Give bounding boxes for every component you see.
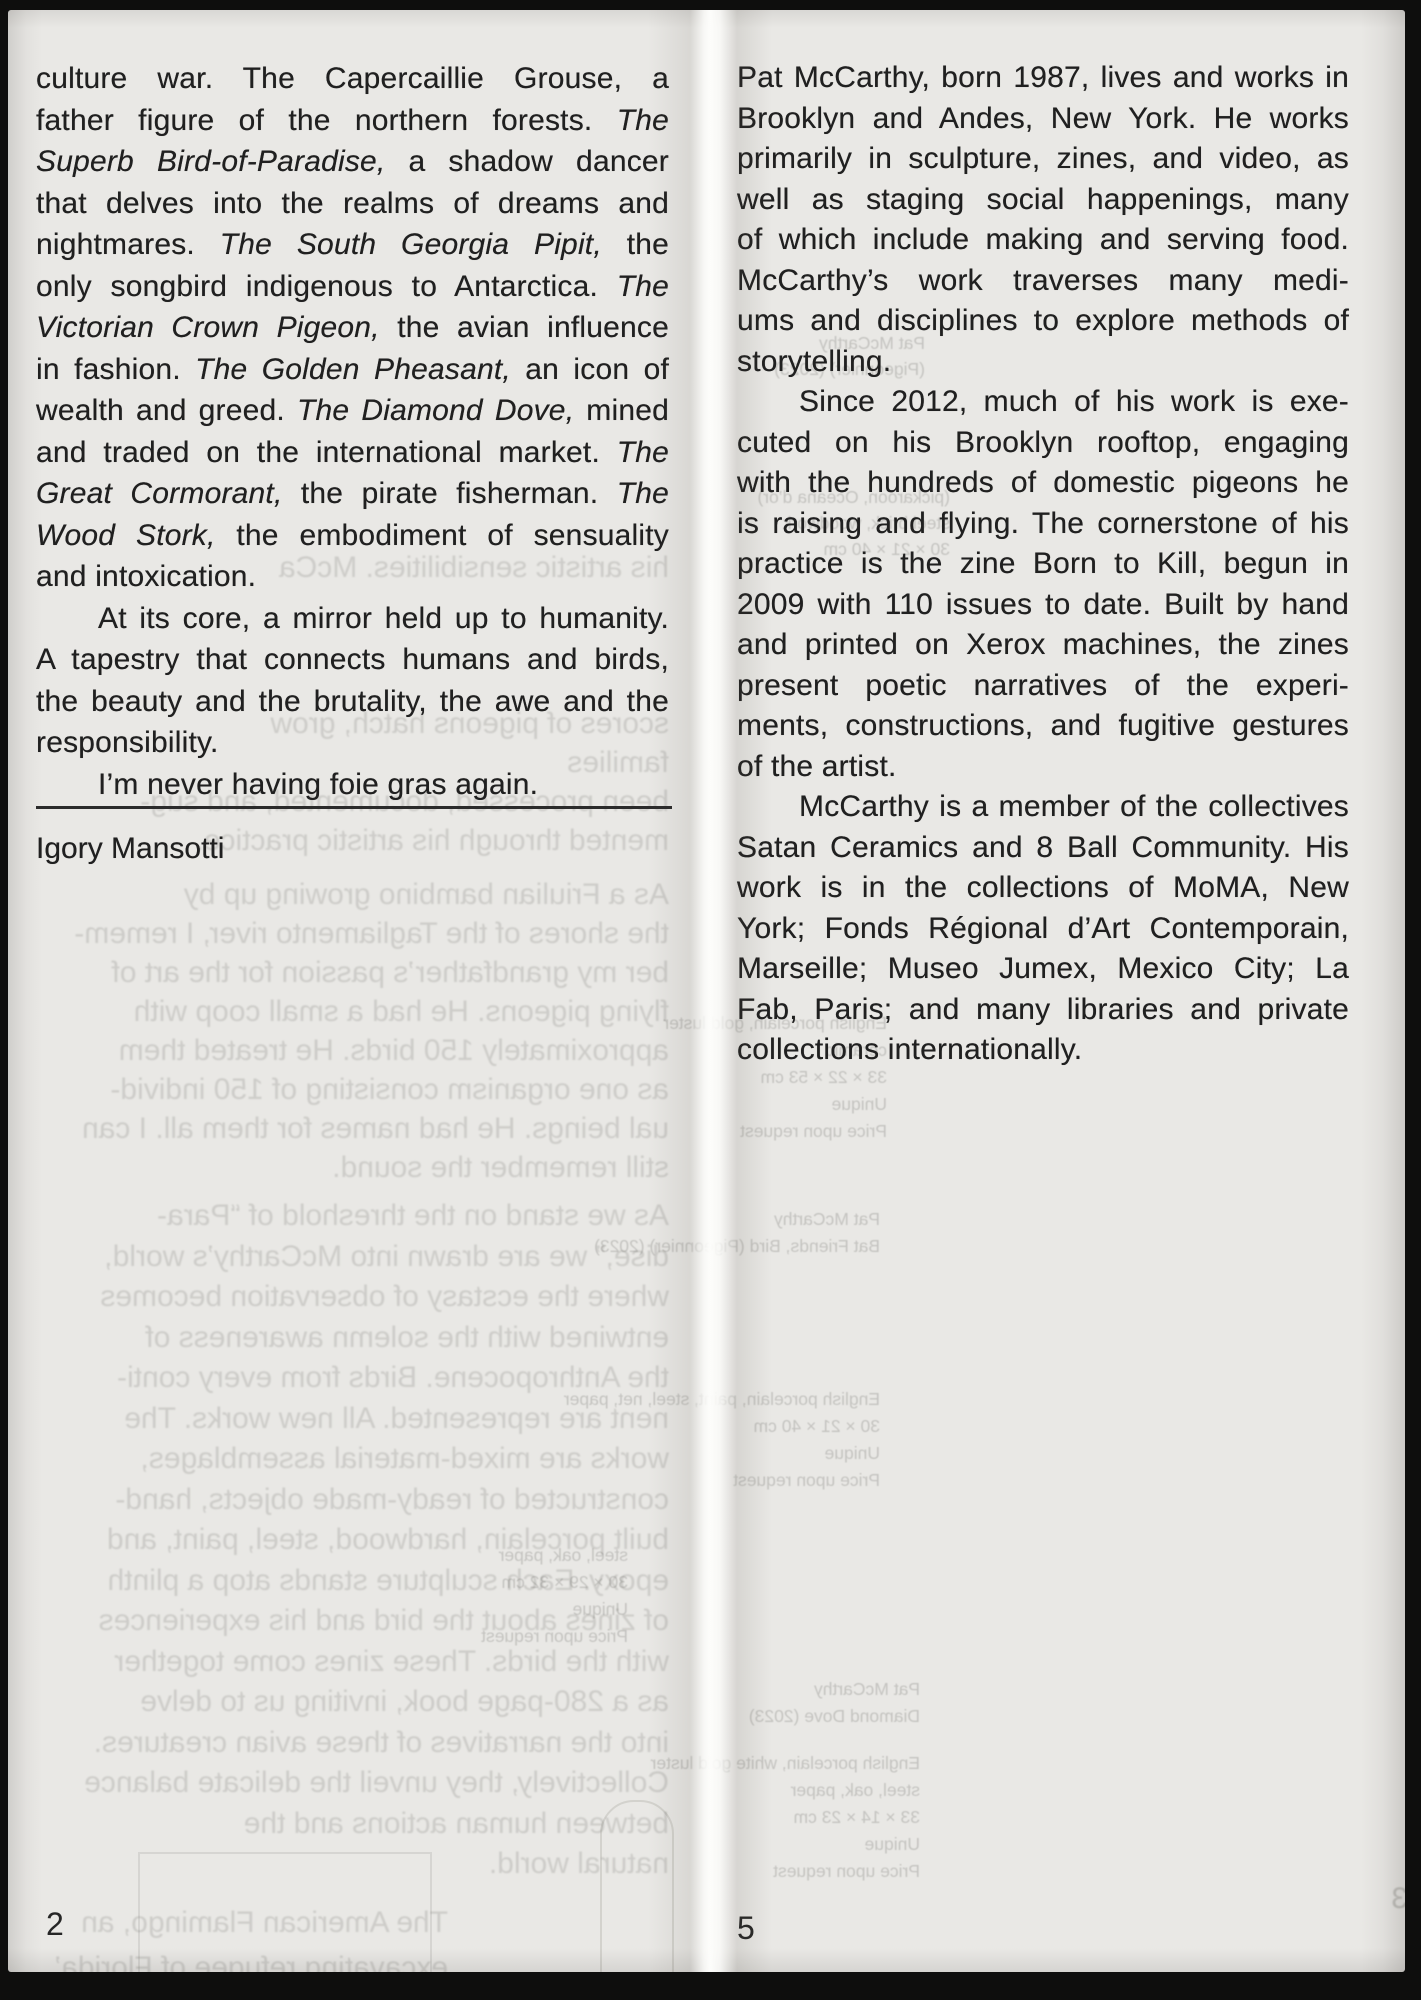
text-line: only songbird indigenous to Antarctica. … xyxy=(36,266,669,308)
text-line: Fab, Paris; and many libraries and priva… xyxy=(737,990,1349,1031)
bleedthrough-line: Price upon request xyxy=(910,1858,920,1885)
booklet-spread: his artistic sensibilities. McCa scores … xyxy=(8,10,1405,1972)
bleedthrough-caption-block: English porcelain, paint, steel, net, pa… xyxy=(870,1386,880,1494)
text-line: nightmares. The South Georgia Pipit, the xyxy=(36,224,669,266)
bleedthrough-line: with the birds. These zines come togethe… xyxy=(36,1642,669,1683)
text-line: McCarthy is a member of the collectives xyxy=(737,787,1349,828)
bleedthrough-line: Diamond Dove (2023) xyxy=(910,1703,920,1730)
text-line: cuted on his Brooklyn rooftop, engaging xyxy=(737,423,1349,464)
bleedthrough-caption-block: English porcelain, white gold lusterstee… xyxy=(910,1750,920,1885)
text-line: storytelling. xyxy=(737,342,1349,383)
text-line: culture war. The Capercaillie Grouse, a xyxy=(36,58,669,100)
bleedthrough-line: flying pigeons. He had a small coop with xyxy=(36,992,669,1031)
bleedthrough-line: steel, oak, paper xyxy=(618,1542,628,1569)
bleedthrough-line: Pat McCarthy xyxy=(870,1206,880,1233)
text-line: with the hundreds of domestic pigeons he xyxy=(737,463,1349,504)
text-line: ments, constructions, and fugitive gestu… xyxy=(737,706,1349,747)
bleedthrough-line: Price upon request xyxy=(870,1467,880,1494)
text-line: in fashion. The Golden Pheasant, an icon… xyxy=(36,349,669,391)
text-line: wealth and greed. The Diamond Dove, mine… xyxy=(36,390,669,432)
text-line: At its core, a mirror held up to humanit… xyxy=(36,598,669,640)
text-line: Marseille; Museo Jumex, Mexico City; La xyxy=(737,949,1349,990)
bleedthrough-line: approximately 150 birds. He treated them xyxy=(36,1031,669,1070)
text-line: Pat McCarthy, born 1987, lives and works… xyxy=(737,58,1349,99)
bleedthrough-line: as a 280-page book, inviting us to delve xyxy=(36,1682,669,1723)
byline-author-name: Igory Mansotti xyxy=(36,828,224,869)
byline-divider-rule xyxy=(36,806,672,809)
bleedthrough-line: where the ecstasy of observation becomes xyxy=(36,1277,669,1318)
text-line: McCarthy’s work traverses many medi- xyxy=(737,261,1349,302)
bleedthrough-line: 33 × 14 × 23 cm xyxy=(910,1804,920,1831)
bleedthrough-line: the shores of the Tagliamento river, I r… xyxy=(36,914,669,953)
bleedthrough-line: into the narratives of these avian creat… xyxy=(36,1723,669,1764)
text-line: Brooklyn and Andes, New York. He works xyxy=(737,99,1349,140)
text-line: practice is the zine Born to Kill, begun… xyxy=(737,544,1349,585)
bleedthrough-line: constructed of ready-made objects, hand- xyxy=(36,1480,669,1521)
text-line: that delves into the realms of dreams an… xyxy=(36,183,669,225)
text-line: Great Cormorant, the pirate fisherman. T… xyxy=(36,473,669,515)
bleedthrough-line: Unique xyxy=(910,1831,920,1858)
bleedthrough-line: English porcelain, paint, steel, net, pa… xyxy=(870,1386,880,1413)
text-line: A tapestry that connects humans and bird… xyxy=(36,639,669,681)
bleedthrough-line: as one organism consisting of 150 indivi… xyxy=(36,1070,669,1109)
paragraph-collections: McCarthy is a member of the collectivesS… xyxy=(737,787,1349,1071)
bleedthrough-caption-block: Pat McCarthyBat Friends, Bird (Pigeonnie… xyxy=(870,1206,880,1260)
text-line: Satan Ceramics and 8 Ball Community. His xyxy=(737,828,1349,869)
bleedthrough-line: English porcelain, white gold luster xyxy=(910,1750,920,1777)
text-line: and printed on Xerox machines, the zines xyxy=(737,625,1349,666)
bleedthrough-line: As we stand on the threshold of “Para- xyxy=(36,1196,669,1237)
bleedthrough-text-block: As a Friulian bambino growing up bythe s… xyxy=(36,875,669,1187)
bleedthrough-line: ual beings. He had names for them all. I… xyxy=(36,1109,669,1148)
text-line: Wood Stork, the embodiment of sensuality xyxy=(36,515,669,557)
text-line: York; Fonds Régional d’Art Contemporain, xyxy=(737,909,1349,950)
text-line: Since 2012, much of his work is exe- xyxy=(737,382,1349,423)
text-line: Superb Bird-of-Paradise, a shadow dancer xyxy=(36,141,669,183)
bleedthrough-line: As a Friulian bambino growing up by xyxy=(36,875,669,914)
bleedthrough-line: Price upon request xyxy=(618,1623,628,1650)
bleedthrough-line: Unique xyxy=(870,1440,880,1467)
bleedthrough-line: between human actions and the xyxy=(36,1804,669,1845)
bleedthrough-line: dise,” we are drawn into McCarthy’s worl… xyxy=(36,1237,669,1278)
text-line: of the artist. xyxy=(737,747,1349,788)
bleedthrough-line: ber my grandfather’s passion for the art… xyxy=(36,953,669,992)
bleedthrough-arch-shape xyxy=(600,1800,674,1972)
right-page-text-column: Pat McCarthy, born 1987, lives and works… xyxy=(737,58,1349,1071)
text-line: and intoxication. xyxy=(36,556,669,598)
text-line: ums and disciplines to explore methods o… xyxy=(737,301,1349,342)
bleedthrough-line: steel, oak, paper xyxy=(910,1777,920,1804)
text-line: work is in the collections of MoMA, New xyxy=(737,868,1349,909)
bleedthrough-line: Price upon request xyxy=(877,1118,887,1145)
bleedthrough-caption-block: steel, oak, paper30 × 29 × 32 cmUniquePr… xyxy=(618,1542,628,1650)
text-line: I’m never having foie gras again. xyxy=(36,764,669,806)
bleedthrough-line: still remember the sound. xyxy=(36,1148,669,1187)
text-line: responsibility. xyxy=(36,722,669,764)
text-line: present poetic narratives of the experi- xyxy=(737,666,1349,707)
bleedthrough-line: entwined with the solemn awareness of xyxy=(36,1318,669,1359)
left-page-text-column: culture war. The Capercaillie Grouse, af… xyxy=(36,58,669,805)
bleedthrough-page-number: 3 xyxy=(1378,1882,1405,1916)
text-line: 2009 with 110 issues to date. Built by h… xyxy=(737,585,1349,626)
paragraph-at-its-core: At its core, a mirror held up to humanit… xyxy=(36,598,669,764)
text-line: is raising and flying. The cornerstone o… xyxy=(737,504,1349,545)
page-number-right: 5 xyxy=(737,1910,755,1947)
bleedthrough-line: Unique xyxy=(618,1596,628,1623)
bleedthrough-line: 30 × 21 × 40 cm xyxy=(870,1413,880,1440)
text-line: the beauty and the brutality, the awe an… xyxy=(36,681,669,723)
bleedthrough-line: works are mixed-material assemblages, xyxy=(36,1439,669,1480)
bleedthrough-line: Bat Friends, Bird (Pigeonnier) (2023) xyxy=(870,1233,880,1260)
text-line: Victorian Crown Pigeon, the avian influe… xyxy=(36,307,669,349)
paragraph-rooftop-practice: Since 2012, much of his work is exe-cute… xyxy=(737,382,1349,787)
paragraph-foie-gras: I’m never having foie gras again. xyxy=(36,764,669,806)
scanned-booklet-photo: his artistic sensibilities. McCa scores … xyxy=(0,0,1421,2000)
bleedthrough-line: 30 × 29 × 32 cm xyxy=(618,1569,628,1596)
text-line: and traded on the international market. … xyxy=(36,432,669,474)
text-line: father figure of the northern forests. T… xyxy=(36,100,669,142)
bleedthrough-text-block: As we stand on the threshold of “Para-di… xyxy=(36,1196,669,1885)
page-number-left: 2 xyxy=(46,1906,64,1943)
bleedthrough-line: Pat McCarthy xyxy=(910,1676,920,1703)
paragraph-artist-bio: Pat McCarthy, born 1987, lives and works… xyxy=(737,58,1349,382)
text-line: of which include making and serving food… xyxy=(737,220,1349,261)
text-line: primarily in sculpture, zines, and video… xyxy=(737,139,1349,180)
paragraph-bird-litany: culture war. The Capercaillie Grouse, af… xyxy=(36,58,669,598)
text-line: collections internationally. xyxy=(737,1030,1349,1071)
bleedthrough-line: Collectively, they unveil the delicate b… xyxy=(36,1763,669,1804)
bleedthrough-frame-shape xyxy=(138,1852,432,1972)
bleedthrough-line: Unique xyxy=(877,1091,887,1118)
bleedthrough-caption-block: Pat McCarthyDiamond Dove (2023) xyxy=(910,1676,920,1730)
text-line: well as staging social happenings, many xyxy=(737,180,1349,221)
